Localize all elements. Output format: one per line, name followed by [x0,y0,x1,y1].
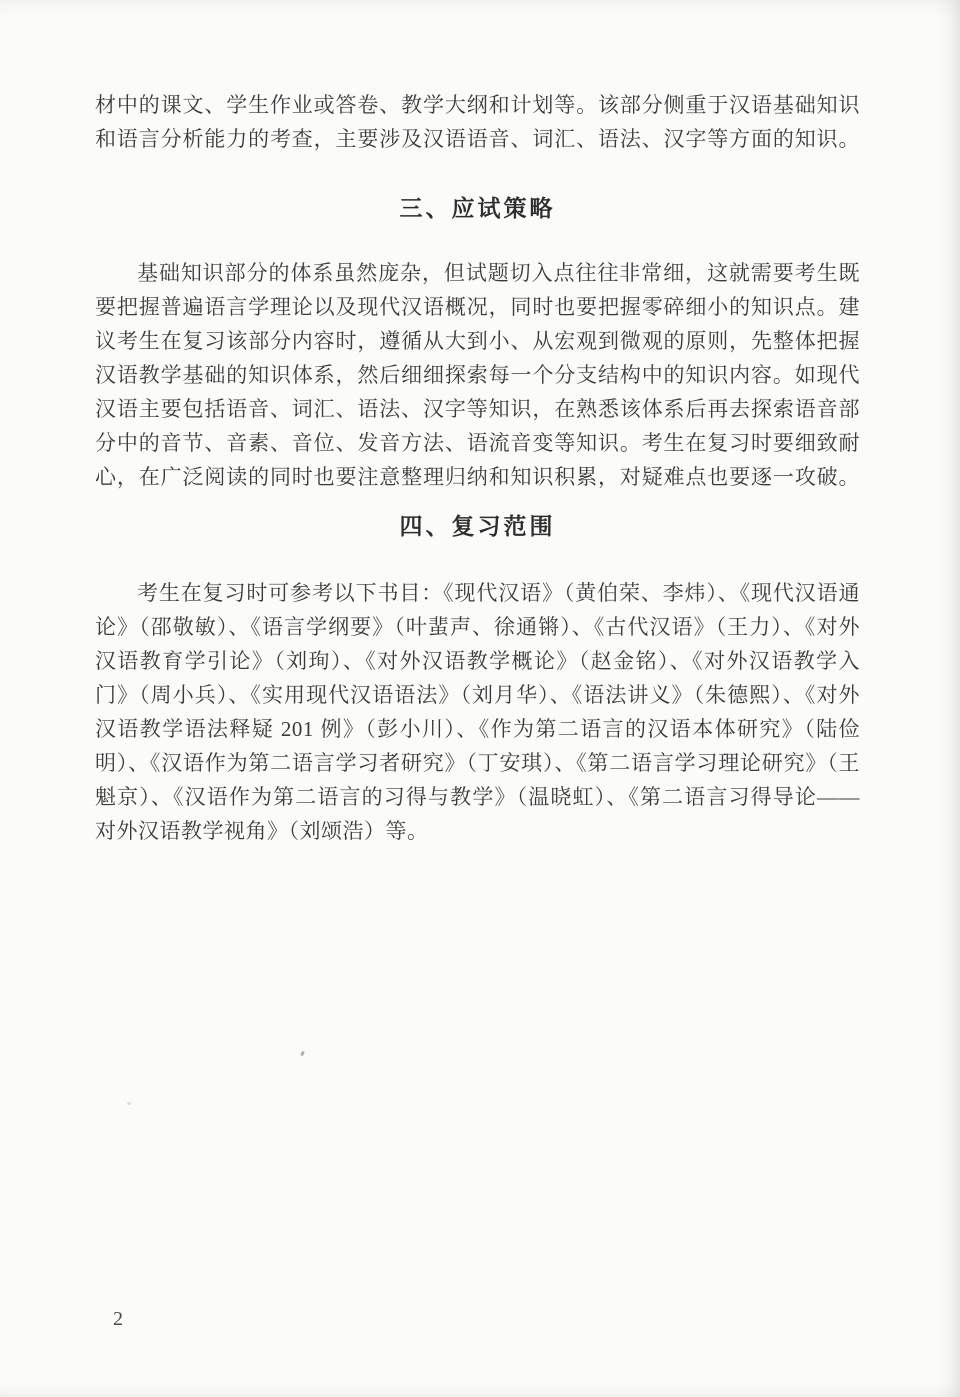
page-number: 2 [113,1306,123,1332]
continuation-paragraph: 材中的课文、学生作业或答卷、教学大纲和计划等。该部分侧重于汉语基础知识 和语言分… [95,88,860,156]
text-line: 汉语教育学引论》（刘珣）、《对外汉语教学概论》（赵金铭）、《对外汉语教学入 [95,644,860,678]
section-heading-review-scope: 四、复习范围 [95,508,860,544]
text-line: 对外汉语教学视角》（刘颂浩）等。 [95,814,860,848]
scan-speck [127,1102,131,1105]
text-line: 门》（周小兵）、《实用现代汉语语法》（刘月华）、《语法讲义》（朱德熙）、《对外 [95,678,860,712]
text-line: 分中的音节、音素、音位、发音方法、语流音变等知识。考生在复习时要细致耐 [95,426,860,460]
text-block: 材中的课文、学生作业或答卷、教学大纲和计划等。该部分侧重于汉语基础知识 和语言分… [95,0,860,848]
text-line: 魁京）、《汉语作为第二语言的习得与教学》（温晓虹）、《第二语言习得导论—— [95,780,860,814]
text-line: 汉语主要包括语音、词汇、语法、汉字等知识，在熟悉该体系后再去探索语音部 [95,392,860,426]
text-line: 汉语教学语法释疑 201 例》（彭小川）、《作为第二语言的汉语本体研究》（陆俭 [95,712,860,746]
scanned-book-page: 材中的课文、学生作业或答卷、教学大纲和计划等。该部分侧重于汉语基础知识 和语言分… [0,0,960,1397]
section-heading-exam-strategy: 三、应试策略 [95,190,860,226]
text-line: 考生在复习时可参考以下书目：《现代汉语》（黄伯荣、李炜）、《现代汉语通 [95,576,860,610]
text-line: 汉语教学基础的知识体系，然后细细探索每一个分支结构中的知识内容。如现代 [95,358,860,392]
text-line: 要把握普遍语言学理论以及现代汉语概况，同时也要把握零碎细小的知识点。建 [95,290,860,324]
text-line: 心，在广泛阅读的同时也要注意整理归纳和知识积累，对疑难点也要逐一攻破。 [95,460,860,494]
section-review-scope: 四、复习范围 考生在复习时可参考以下书目：《现代汉语》（黄伯荣、李炜）、《现代汉… [95,508,860,848]
text-line: 明）、《汉语作为第二语言学习者研究》（丁安琪）、《第二语言学习理论研究》（王 [95,746,860,780]
paragraph-reference-books: 考生在复习时可参考以下书目：《现代汉语》（黄伯荣、李炜）、《现代汉语通 论》（邵… [95,576,860,848]
scan-speck [300,1051,305,1057]
text-line: 基础知识部分的体系虽然庞杂，但试题切入点往往非常细，这就需要考生既 [95,256,860,290]
section-exam-strategy: 三、应试策略 基础知识部分的体系虽然庞杂，但试题切入点往往非常细，这就需要考生既… [95,190,860,494]
text-line: 和语言分析能力的考查，主要涉及汉语语音、词汇、语法、汉字等方面的知识。 [95,122,860,156]
text-line: 论》（邵敬敏）、《语言学纲要》（叶蜚声、徐通锵）、《古代汉语》（王力）、《对外 [95,610,860,644]
paragraph-exam-strategy: 基础知识部分的体系虽然庞杂，但试题切入点往往非常细，这就需要考生既 要把握普遍语… [95,256,860,494]
text-line: 材中的课文、学生作业或答卷、教学大纲和计划等。该部分侧重于汉语基础知识 [95,88,860,122]
text-line: 议考生在复习该部分内容时，遵循从大到小、从宏观到微观的原则，先整体把握 [95,324,860,358]
